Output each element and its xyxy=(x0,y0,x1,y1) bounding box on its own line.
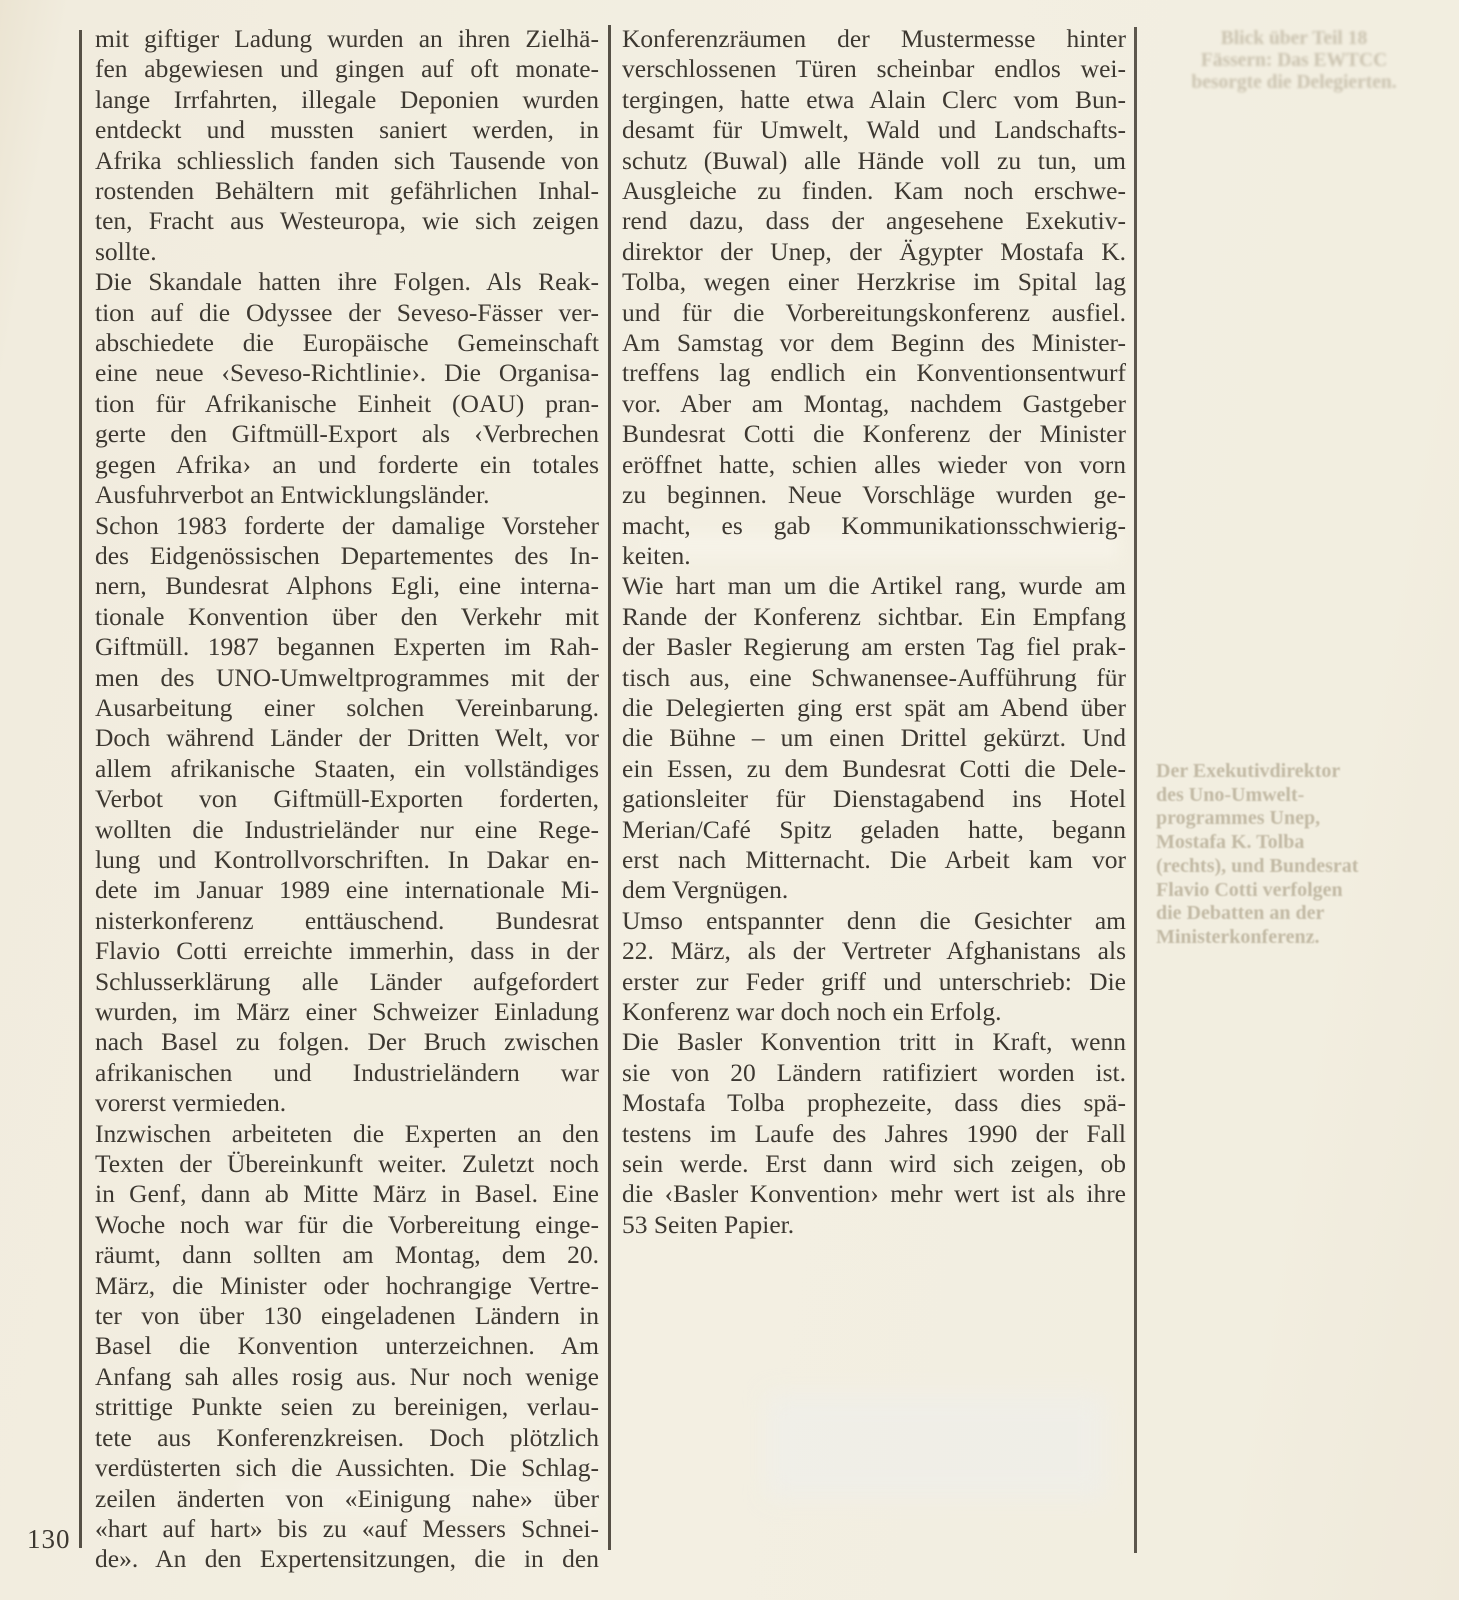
text-line: 22. März, als der Vertreter Afghanistans… xyxy=(622,936,1126,966)
text-line: Konferenzräumen der Mustermesse hinter xyxy=(622,24,1126,54)
text-line: Woche noch war für die Vorbereitung eing… xyxy=(95,1210,599,1240)
text-line: desamt für Umwelt, Wald und Landschafts- xyxy=(622,115,1126,145)
text-line: wollten die Industrieländer nur eine Reg… xyxy=(95,815,599,845)
text-line: nach Basel zu folgen. Der Bruch zwischen xyxy=(95,1027,599,1057)
text-line: die ‹Basler Konvention› mehr wert ist al… xyxy=(622,1179,1126,1209)
show-through-line: die Debatten an der xyxy=(1156,902,1428,926)
text-line: Inzwischen arbeiteten die Experten an de… xyxy=(95,1119,599,1149)
text-line: dem Vergnügen. xyxy=(622,875,1126,905)
text-line: entdeckt und mussten saniert werden, in xyxy=(95,115,599,145)
text-line: verschlossenen Türen scheinbar endlos we… xyxy=(622,54,1126,84)
text-line: macht, es gab Kommunikationsschwierig- xyxy=(622,511,1126,541)
text-line: sein werde. Erst dann wird sich zeigen, … xyxy=(622,1149,1126,1179)
text-line: gegen Afrika› an und forderte ein totale… xyxy=(95,450,599,480)
text-line: Ausgleiche zu finden. Kam noch erschwe- xyxy=(622,176,1126,206)
text-line: sie von 20 Ländern ratifiziert worden is… xyxy=(622,1058,1126,1088)
text-line: rostenden Behältern mit gefährlichen Inh… xyxy=(95,176,599,206)
column-divider-rule xyxy=(608,25,611,1550)
show-through-caption: Der Exekutivdirektordes Uno-Umwelt-progr… xyxy=(1156,760,1428,950)
show-through-line: Der Exekutivdirektor xyxy=(1156,760,1428,784)
text-line: räumt, dann sollten am Montag, dem 20. xyxy=(95,1240,599,1270)
text-line: lange Irrfahrten, illegale Deponien wurd… xyxy=(95,85,599,115)
text-line: tisch aus, eine Schwanensee-Aufführung f… xyxy=(622,663,1126,693)
left-margin-rule xyxy=(79,30,82,1548)
show-through-line: des Uno-Umwelt- xyxy=(1156,784,1428,808)
text-line: Schlusserklärung alle Länder aufgeforder… xyxy=(95,967,599,997)
text-line: Basel die Konvention unterzeichnen. Am xyxy=(95,1331,599,1361)
text-line: tergingen, hatte etwa Alain Clerc vom Bu… xyxy=(622,85,1126,115)
text-line: mit giftiger Ladung wurden an ihren Ziel… xyxy=(95,24,599,54)
text-line: verdüsterten sich die Aussichten. Die Sc… xyxy=(95,1453,599,1483)
show-through-block xyxy=(766,1393,1106,1499)
text-line: Am Samstag vor dem Beginn des Minister- xyxy=(622,328,1126,358)
text-line: ten, Fracht aus Westeuropa, wie sich zei… xyxy=(95,206,599,236)
text-line: men des UNO-Umweltprogrammes mit der xyxy=(95,663,599,693)
text-line: Merian/Café Spitz geladen hatte, begann xyxy=(622,815,1126,845)
text-line: Ausarbeitung einer solchen Vereinbarung. xyxy=(95,693,599,723)
text-line: Die Basler Konvention tritt in Kraft, we… xyxy=(622,1027,1126,1057)
text-line: keiten. xyxy=(622,541,1126,571)
text-line: sollte. xyxy=(95,237,599,267)
text-line: nisterkonferenz enttäuschend. Bundesrat xyxy=(95,906,599,936)
show-through-line: Flavio Cotti verfolgen xyxy=(1156,879,1428,903)
text-line: strittige Punkte seien zu bereinigen, ve… xyxy=(95,1392,599,1422)
show-through-line: programmes Unep, xyxy=(1156,807,1428,831)
text-line: Doch während Länder der Dritten Welt, vo… xyxy=(95,723,599,753)
text-line: Schon 1983 forderte der damalige Vorsteh… xyxy=(95,511,599,541)
text-line: ter von über 130 eingeladenen Ländern in xyxy=(95,1301,599,1331)
text-line: Bundesrat Cotti die Konferenz der Minist… xyxy=(622,419,1126,449)
text-line: erst nach Mitternacht. Die Arbeit kam vo… xyxy=(622,845,1126,875)
text-line: ein Essen, zu dem Bundesrat Cotti die De… xyxy=(622,754,1126,784)
text-line: allem afrikanische Staaten, ein vollstän… xyxy=(95,754,599,784)
show-through-line: Blick über Teil 18 xyxy=(1158,28,1430,50)
right-text-column: Konferenzräumen der Mustermesse hinterve… xyxy=(622,24,1126,1240)
text-line: testens im Laufe des Jahres 1990 der Fal… xyxy=(622,1119,1126,1149)
text-line: die Bühne – um einen Drittel gekürzt. Un… xyxy=(622,723,1126,753)
text-line: nern, Bundesrat Alphons Egli, eine inter… xyxy=(95,571,599,601)
text-line: vor. Aber am Montag, nachdem Gastgeber xyxy=(622,389,1126,419)
text-line: Texten der Übereinkunft weiter. Zuletzt … xyxy=(95,1149,599,1179)
text-line: Afrika schliesslich fanden sich Tausende… xyxy=(95,146,599,176)
text-line: Mostafa Tolba prophezeite, dass dies spä… xyxy=(622,1088,1126,1118)
text-line: Tolba, wegen einer Herzkrise im Spital l… xyxy=(622,267,1126,297)
show-through-line: Ministerkonferenz. xyxy=(1156,926,1428,950)
text-line: tete aus Konferenzkreisen. Doch plötzlic… xyxy=(95,1423,599,1453)
show-through-line: Fässern: Das EWTCC xyxy=(1158,50,1430,72)
text-line: Flavio Cotti erreichte immerhin, dass in… xyxy=(95,936,599,966)
text-line: direktor der Unep, der Ägypter Mostafa K… xyxy=(622,237,1126,267)
text-line: Konferenz war doch noch ein Erfolg. xyxy=(622,997,1126,1027)
text-line: lung und Kontrollvorschriften. In Dakar … xyxy=(95,845,599,875)
text-line: tionale Konvention über den Verkehr mit xyxy=(95,602,599,632)
text-line: rend dazu, dass der angesehene Exekutiv- xyxy=(622,206,1126,236)
text-line: abschiedete die Europäische Gemeinschaft xyxy=(95,328,599,358)
text-line: 53 Seiten Papier. xyxy=(622,1210,1126,1240)
text-line: zu beginnen. Neue Vorschläge wurden ge- xyxy=(622,480,1126,510)
text-line: in Genf, dann ab Mitte März in Basel. Ei… xyxy=(95,1179,599,1209)
text-line: de». An den Expertensitzungen, die in de… xyxy=(95,1544,599,1574)
text-line: Umso entspannter denn die Gesichter am xyxy=(622,906,1126,936)
page-number: 130 xyxy=(27,1524,71,1555)
text-line: fen abgewiesen und gingen auf oft monate… xyxy=(95,54,599,84)
text-line: Wie hart man um die Artikel rang, wurde … xyxy=(622,571,1126,601)
show-through-line: Mostafa K. Tolba xyxy=(1156,831,1428,855)
text-line: «hart auf hart» bis zu «auf Messers Schn… xyxy=(95,1514,599,1544)
text-line: Rande der Konferenz sichtbar. Ein Empfan… xyxy=(622,602,1126,632)
show-through-headline: Blick über Teil 18Fässern: Das EWTCCbeso… xyxy=(1158,28,1430,94)
show-through-line: (rechts), und Bundesrat xyxy=(1156,855,1428,879)
text-line: gationsleiter für Dienstagabend ins Hote… xyxy=(622,784,1126,814)
text-line: und für die Vorbereitungskonferenz ausfi… xyxy=(622,298,1126,328)
text-line: tion für Afrikanische Einheit (OAU) pran… xyxy=(95,389,599,419)
text-line: gerte den Giftmüll-Export als ‹Verbreche… xyxy=(95,419,599,449)
text-line: des Eidgenössischen Departementes des In… xyxy=(95,541,599,571)
show-through-line: besorgte die Delegierten. xyxy=(1158,72,1430,94)
left-text-column: mit giftiger Ladung wurden an ihren Ziel… xyxy=(95,24,599,1575)
right-margin-rule xyxy=(1134,27,1137,1553)
text-line: erster zur Feder griff und unterschrieb:… xyxy=(622,967,1126,997)
text-line: eine neue ‹Seveso-Richtlinie›. Die Organ… xyxy=(95,358,599,388)
text-line: treffens lag endlich ein Konventionsentw… xyxy=(622,358,1126,388)
magazine-page: mit giftiger Ladung wurden an ihren Ziel… xyxy=(0,0,1459,1600)
text-line: Giftmüll. 1987 begannen Experten im Rah- xyxy=(95,632,599,662)
text-line: Ausfuhrverbot an Entwicklungsländer. xyxy=(95,480,599,510)
text-line: tion auf die Odyssee der Seveso-Fässer v… xyxy=(95,298,599,328)
text-line: der Basler Regierung am ersten Tag fiel … xyxy=(622,632,1126,662)
text-line: März, die Minister oder hochrangige Vert… xyxy=(95,1271,599,1301)
text-line: Verbot von Giftmüll-Exporten forderten, xyxy=(95,784,599,814)
text-line: Anfang sah alles rosig aus. Nur noch wen… xyxy=(95,1362,599,1392)
text-line: afrikanischen und Industrieländern war xyxy=(95,1058,599,1088)
text-line: eröffnet hatte, schien alles wieder von … xyxy=(622,450,1126,480)
text-line: dete im Januar 1989 eine internationale … xyxy=(95,875,599,905)
text-line: wurden, im März einer Schweizer Einladun… xyxy=(95,997,599,1027)
text-line: die Delegierten ging erst spät am Abend … xyxy=(622,693,1126,723)
text-line: Die Skandale hatten ihre Folgen. Als Rea… xyxy=(95,267,599,297)
text-line: schutz (Buwal) alle Hände voll zu tun, u… xyxy=(622,146,1126,176)
text-line: zeilen änderten von «Einigung nahe» über xyxy=(95,1484,599,1514)
text-line: vorerst vermieden. xyxy=(95,1088,599,1118)
